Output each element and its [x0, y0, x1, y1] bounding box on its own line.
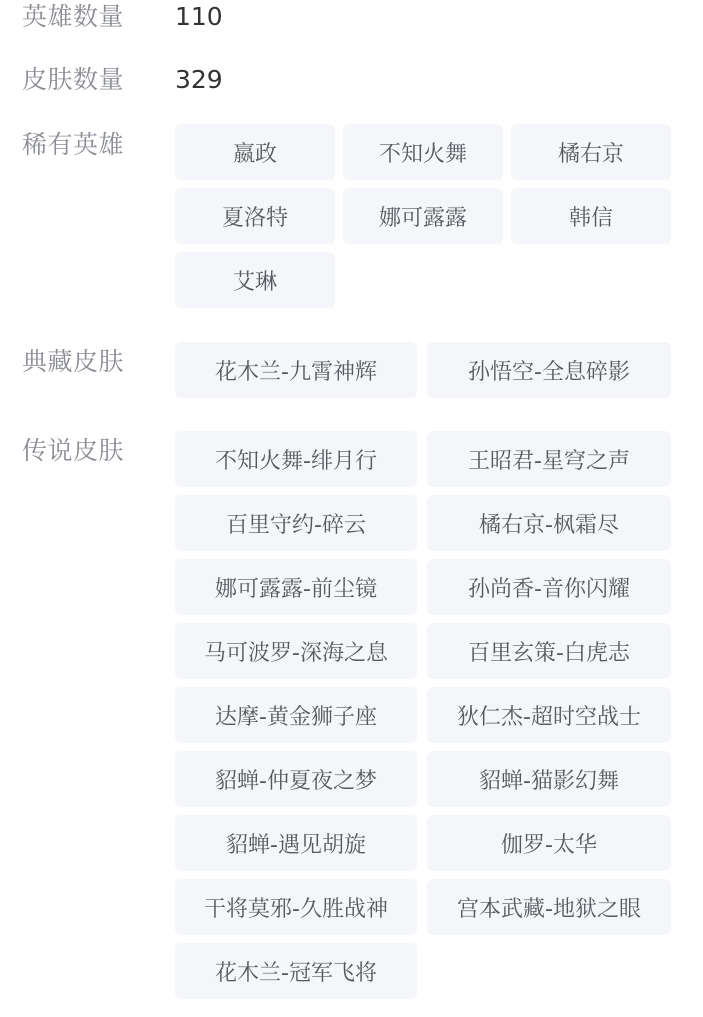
- legend-skin-tag[interactable]: 貂蝉-猫影幻舞: [427, 751, 671, 807]
- legend-skin-tag[interactable]: 干将莫邪-久胜战神: [175, 879, 417, 935]
- collection-skin-tag[interactable]: 孙悟空-全息碎影: [427, 342, 671, 398]
- legend-skins-tags: 不知火舞-绯月行 王昭君-星穹之声 百里守约-碎云 橘右京-枫霜尽 娜可露露-前…: [175, 431, 671, 999]
- legend-skin-tag[interactable]: 狄仁杰-超时空战士: [427, 687, 671, 743]
- rare-hero-tag[interactable]: 不知火舞: [343, 124, 503, 180]
- legend-skin-tag[interactable]: 王昭君-星穹之声: [427, 431, 671, 487]
- legend-skins-label: 传说皮肤: [22, 434, 124, 468]
- rare-hero-tag[interactable]: 夏洛特: [175, 188, 335, 244]
- rare-hero-tag[interactable]: 娜可露露: [343, 188, 503, 244]
- legend-skin-tag[interactable]: 不知火舞-绯月行: [175, 431, 417, 487]
- legend-skin-tag[interactable]: 百里守约-碎云: [175, 495, 417, 551]
- legend-skin-tag[interactable]: 孙尚香-音你闪耀: [427, 559, 671, 615]
- rare-hero-tag[interactable]: 嬴政: [175, 124, 335, 180]
- legend-skin-tag[interactable]: 橘右京-枫霜尽: [427, 495, 671, 551]
- hero-count-label: 英雄数量: [22, 0, 124, 34]
- collection-skins-tags: 花木兰-九霄神辉 孙悟空-全息碎影: [175, 342, 671, 398]
- rare-hero-tag[interactable]: 橘右京: [511, 124, 671, 180]
- legend-skin-tag[interactable]: 达摩-黄金狮子座: [175, 687, 417, 743]
- legend-skin-tag[interactable]: 伽罗-太华: [427, 815, 671, 871]
- legend-skin-tag[interactable]: 貂蝉-仲夏夜之梦: [175, 751, 417, 807]
- legend-skin-tag[interactable]: 貂蝉-遇见胡旋: [175, 815, 417, 871]
- hero-count-value: 110: [175, 0, 223, 34]
- skin-count-value: 329: [175, 63, 223, 97]
- rare-heroes-tags: 嬴政 不知火舞 橘右京 夏洛特 娜可露露 韩信 艾琳: [175, 124, 671, 308]
- collection-skin-tag[interactable]: 花木兰-九霄神辉: [175, 342, 417, 398]
- legend-skin-tag[interactable]: 娜可露露-前尘镜: [175, 559, 417, 615]
- rare-hero-tag[interactable]: 艾琳: [175, 252, 335, 308]
- legend-skin-tag[interactable]: 花木兰-冠军飞将: [175, 943, 417, 999]
- collection-skins-label: 典藏皮肤: [22, 345, 124, 379]
- legend-skin-tag[interactable]: 百里玄策-白虎志: [427, 623, 671, 679]
- legend-skin-tag[interactable]: 宫本武藏-地狱之眼: [427, 879, 671, 935]
- legend-skin-tag[interactable]: 马可波罗-深海之息: [175, 623, 417, 679]
- skin-count-label: 皮肤数量: [22, 63, 124, 97]
- rare-hero-tag[interactable]: 韩信: [511, 188, 671, 244]
- rare-heroes-label: 稀有英雄: [22, 128, 124, 162]
